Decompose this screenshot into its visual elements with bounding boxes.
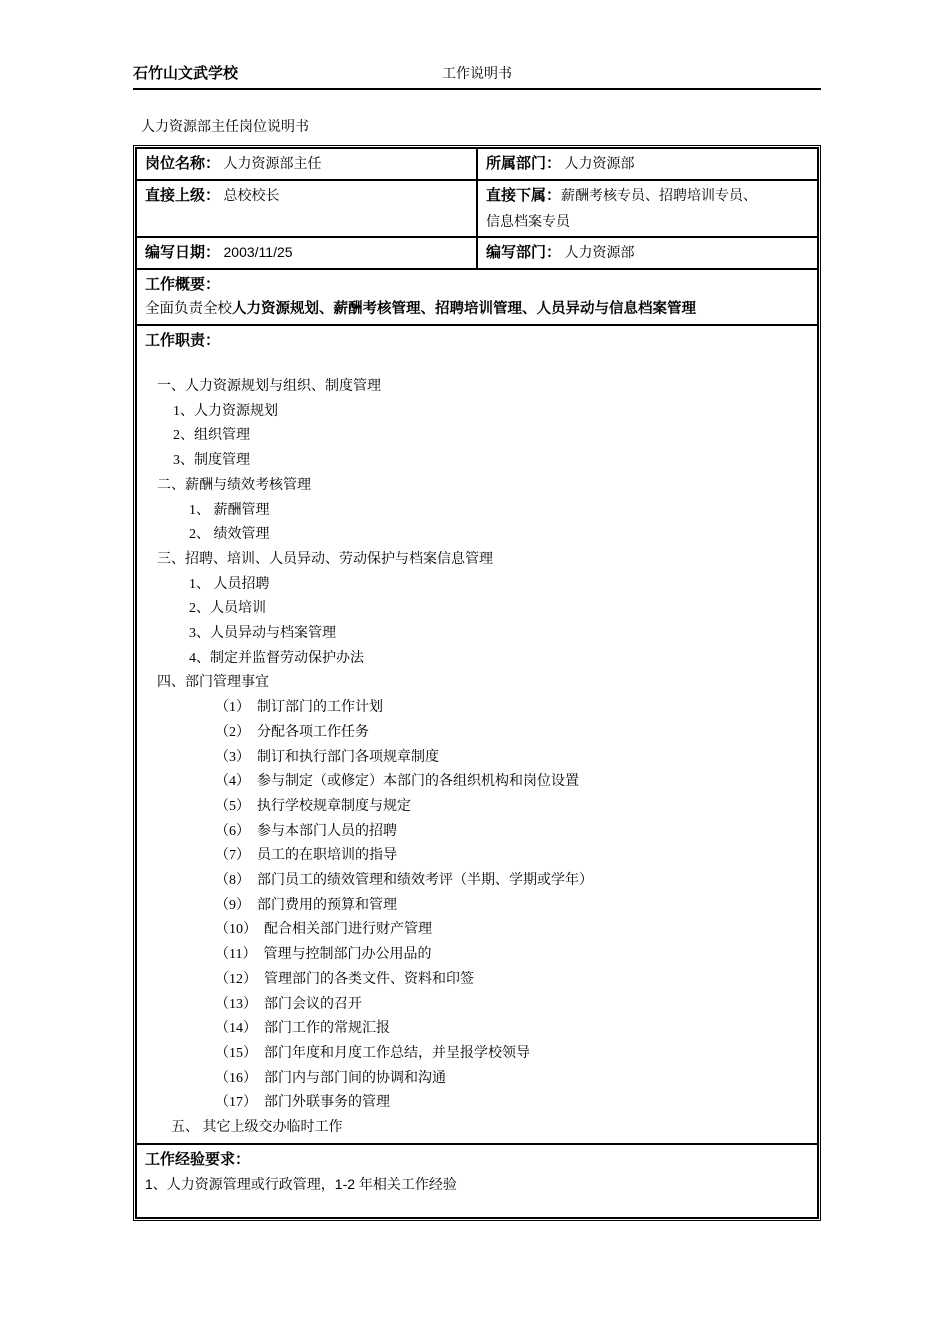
- cell-position-name: 岗位名称： 人力资源部主任: [136, 148, 477, 180]
- duty-item: （14） 部门工作的常规汇报: [145, 1017, 809, 1042]
- table-row: 工作职责： 一、人力资源规划与组织、制度管理1、人力资源规划2、组织管理3、制度…: [136, 325, 818, 1144]
- direct-subordinates-value-cont: 信息档案专员: [486, 209, 809, 234]
- cell-job-duties: 工作职责： 一、人力资源规划与组织、制度管理1、人力资源规划2、组织管理3、制度…: [136, 325, 818, 1144]
- duty-item: （6） 参与本部门人员的招聘: [145, 820, 809, 845]
- school-name: 石竹山文武学校: [133, 62, 362, 83]
- doc-title: 人力资源部主任岗位说明书: [141, 116, 821, 136]
- duty-item: 五、 其它上级交办临时工作: [145, 1116, 809, 1141]
- cell-experience-requirements: 工作经验要求： 1、人力资源管理或行政管理，1-2 年相关工作经验: [136, 1144, 818, 1218]
- duty-item: 3、制度管理: [145, 449, 809, 474]
- department-value: 人力资源部: [565, 155, 635, 171]
- duty-item: 1、 薪酬管理: [145, 499, 809, 524]
- duty-item: （13） 部门会议的召开: [145, 993, 809, 1018]
- cell-direct-subordinates: 直接下属：薪酬考核专员、招聘培训专员、 信息档案专员: [477, 180, 818, 237]
- experience-requirements-text: 1、人力资源管理或行政管理，1-2 年相关工作经验: [145, 1172, 809, 1197]
- duty-item: （4） 参与制定（或修定）本部门的各组织机构和岗位设置: [145, 770, 809, 795]
- direct-subordinates-value: 薪酬考核专员、招聘培训专员、: [561, 187, 757, 203]
- job-duties-label: 工作职责：: [145, 328, 809, 353]
- job-summary-prefix: 全面负责全校: [145, 301, 232, 317]
- cell-written-date: 编写日期： 2003/11/25: [136, 237, 477, 269]
- duty-item: （2） 分配各项工作任务: [145, 721, 809, 746]
- position-name-value: 人力资源部主任: [224, 155, 322, 171]
- duty-item: （12） 管理部门的各类文件、资料和印签: [145, 968, 809, 993]
- duty-item: （11） 管理与控制部门办公用品的: [145, 943, 809, 968]
- doc-type-label: 工作说明书: [362, 63, 591, 83]
- written-date-value: 2003/11/25: [224, 244, 293, 260]
- job-summary-text: 全面负责全校人力资源规划、薪酬考核管理、招聘培训管理、人员异动与信息档案管理: [145, 297, 809, 322]
- table-row: 直接上级： 总校校长 直接下属：薪酬考核专员、招聘培训专员、 信息档案专员: [136, 180, 818, 237]
- direct-superior-label: 直接上级：: [145, 187, 220, 204]
- cell-direct-superior: 直接上级： 总校校长: [136, 180, 477, 237]
- duty-item: 二、薪酬与绩效考核管理: [145, 474, 809, 499]
- duty-item: （10） 配合相关部门进行财产管理: [145, 918, 809, 943]
- duty-item: 1、 人员招聘: [145, 573, 809, 598]
- page-content: 石竹山文武学校 工作说明书 人力资源部主任岗位说明书 岗位名称： 人力资源部主任…: [133, 62, 821, 1221]
- job-summary-main: 人力资源规划、薪酬考核管理、招聘培训管理、人员异动与信息档案管理: [232, 301, 696, 317]
- table-row: 岗位名称： 人力资源部主任 所属部门： 人力资源部: [136, 148, 818, 180]
- job-description-table: 岗位名称： 人力资源部主任 所属部门： 人力资源部 直接上级： 总校校长 直接下…: [133, 145, 821, 1221]
- table-row: 编写日期： 2003/11/25 编写部门： 人力资源部: [136, 237, 818, 269]
- duty-item: 2、人员培训: [145, 597, 809, 622]
- duty-item: （9） 部门费用的预算和管理: [145, 894, 809, 919]
- duty-item: （17） 部门外联事务的管理: [145, 1091, 809, 1116]
- running-header: 石竹山文武学校 工作说明书: [133, 62, 821, 90]
- duty-item: （3） 制订和执行部门各项规章制度: [145, 746, 809, 771]
- duty-item: 1、人力资源规划: [145, 400, 809, 425]
- written-date-label: 编写日期：: [145, 244, 220, 261]
- duty-item: （8） 部门员工的绩效管理和绩效考评（半期、学期或学年）: [145, 869, 809, 894]
- duty-item: （7） 员工的在职培训的指导: [145, 844, 809, 869]
- experience-requirements-label: 工作经验要求：: [145, 1147, 809, 1172]
- duty-item: （1） 制订部门的工作计划: [145, 696, 809, 721]
- duty-item: （5） 执行学校规章制度与规定: [145, 795, 809, 820]
- duty-item: 4、制定并监督劳动保护办法: [145, 647, 809, 672]
- job-summary-label: 工作概要：: [145, 272, 809, 297]
- duty-item: 四、部门管理事宜: [145, 671, 809, 696]
- direct-subordinates-label: 直接下属：: [486, 187, 561, 204]
- cell-department: 所属部门： 人力资源部: [477, 148, 818, 180]
- cell-writing-department: 编写部门： 人力资源部: [477, 237, 818, 269]
- department-label: 所属部门：: [486, 155, 561, 172]
- writing-department-label: 编写部门：: [486, 244, 561, 261]
- duty-item: 2、组织管理: [145, 424, 809, 449]
- table-row: 工作概要： 全面负责全校人力资源规划、薪酬考核管理、招聘培训管理、人员异动与信息…: [136, 269, 818, 325]
- direct-superior-value: 总校校长: [224, 187, 280, 203]
- cell-job-summary: 工作概要： 全面负责全校人力资源规划、薪酬考核管理、招聘培训管理、人员异动与信息…: [136, 269, 818, 325]
- document-page: 石竹山文武学校 工作说明书 人力资源部主任岗位说明书 岗位名称： 人力资源部主任…: [0, 0, 950, 1344]
- duty-item: （16） 部门内与部门间的协调和沟通: [145, 1067, 809, 1092]
- duty-item: 一、人力资源规划与组织、制度管理: [145, 375, 809, 400]
- job-duties-list: 一、人力资源规划与组织、制度管理1、人力资源规划2、组织管理3、制度管理二、薪酬…: [145, 375, 809, 1141]
- duty-item: 2、 绩效管理: [145, 523, 809, 548]
- writing-department-value: 人力资源部: [565, 244, 635, 260]
- duty-item: 3、人员异动与档案管理: [145, 622, 809, 647]
- duty-item: （15） 部门年度和月度工作总结，并呈报学校领导: [145, 1042, 809, 1067]
- table-row: 工作经验要求： 1、人力资源管理或行政管理，1-2 年相关工作经验: [136, 1144, 818, 1218]
- duty-item: 三、招聘、培训、人员异动、劳动保护与档案信息管理: [145, 548, 809, 573]
- position-name-label: 岗位名称：: [145, 155, 220, 172]
